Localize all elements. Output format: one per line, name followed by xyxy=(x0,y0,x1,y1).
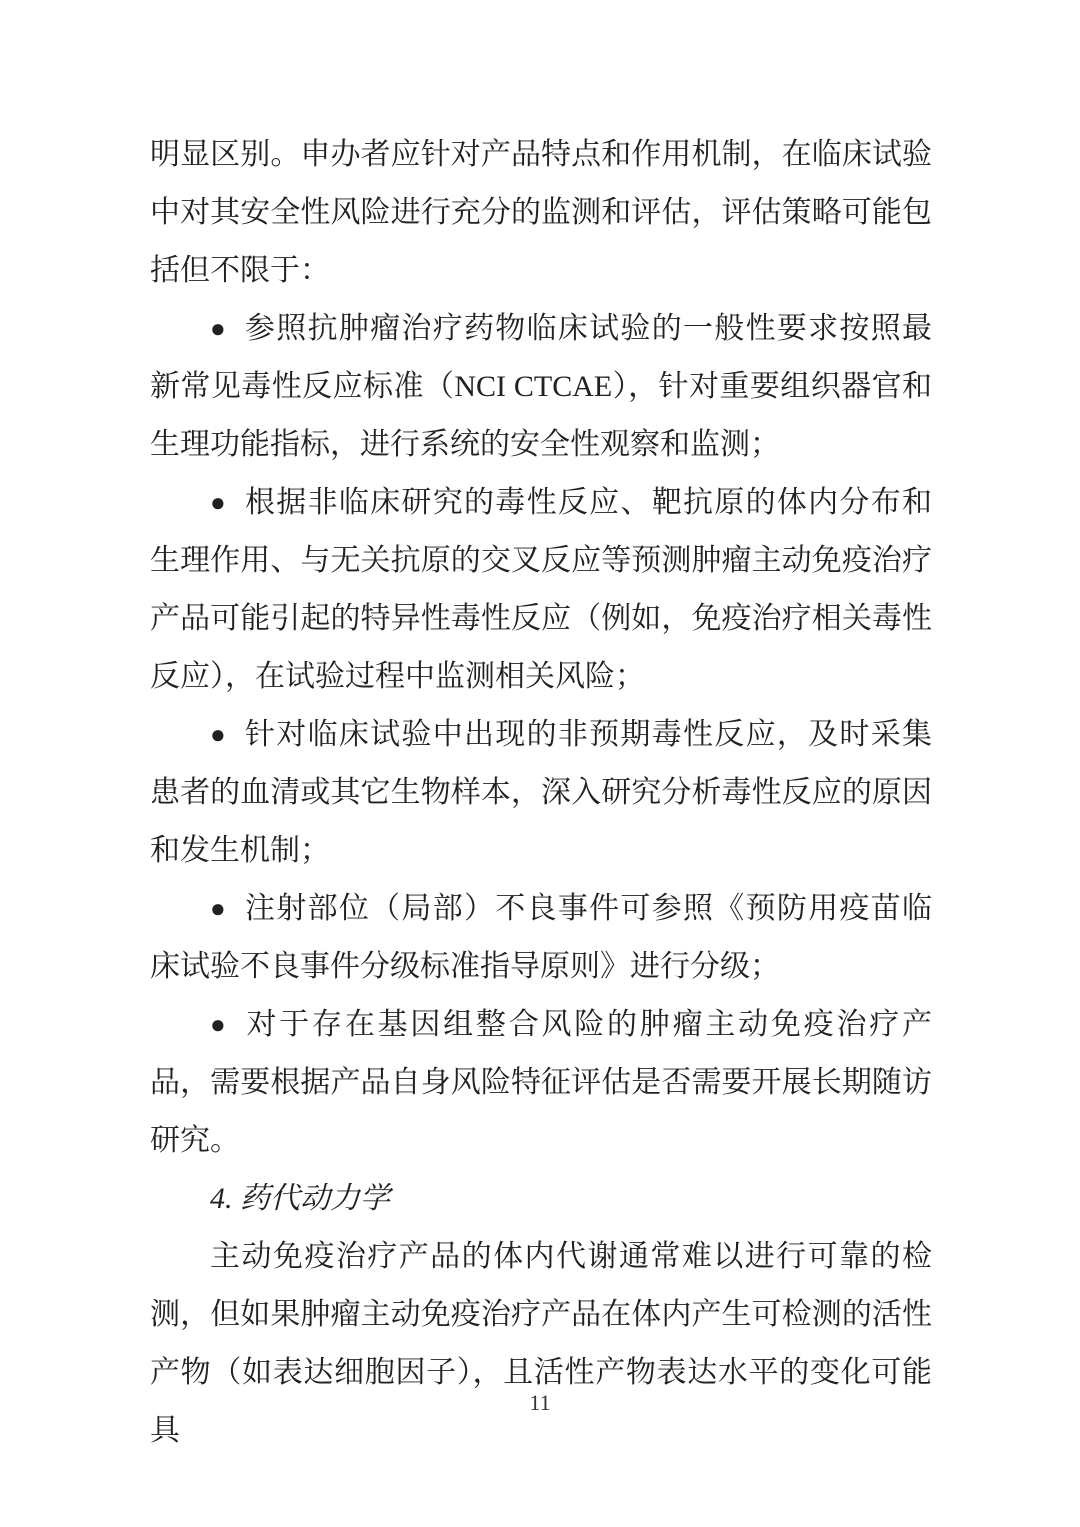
text-body: 明显区别。申办者应针对产品特点和作用机制，在临床试验中对其安全性风险进行充分的监… xyxy=(150,126,932,1460)
bullet-item: ●根据非临床研究的毒性反应、靶抗原的体内分布和生理作用、与无关抗原的交叉反应等预… xyxy=(150,474,932,706)
bullet-icon: ● xyxy=(210,474,226,532)
paragraph-text: 明显区别。申办者应针对产品特点和作用机制，在临床试验中对其安全性风险进行充分的监… xyxy=(150,138,932,287)
section-heading-text: 4. 药代动力学 xyxy=(210,1182,390,1215)
bullet-icon: ● xyxy=(210,880,226,938)
bullet-item: ●参照抗肿瘤治疗药物临床试验的一般性要求按照最新常见毒性反应标准（NCI CTC… xyxy=(150,300,932,474)
document-page: 明显区别。申办者应针对产品特点和作用机制，在临床试验中对其安全性风险进行充分的监… xyxy=(0,0,1080,1527)
bullet-text: 根据非临床研究的毒性反应、靶抗原的体内分布和生理作用、与无关抗原的交叉反应等预测… xyxy=(150,486,932,693)
bullet-icon: ● xyxy=(210,706,226,764)
page-number: 11 xyxy=(0,1388,1080,1418)
paragraph: 主动免疫治疗产品的体内代谢通常难以进行可靠的检测，但如果肿瘤主动免疫治疗产品在体… xyxy=(150,1228,932,1460)
bullet-text: 对于存在基因组整合风险的肿瘤主动免疫治疗产品，需要根据产品自身风险特征评估是否需… xyxy=(150,1008,932,1157)
bullet-text: 针对临床试验中出现的非预期毒性反应，及时采集患者的血清或其它生物样本，深入研究分… xyxy=(150,718,932,867)
paragraph-continuation: 明显区别。申办者应针对产品特点和作用机制，在临床试验中对其安全性风险进行充分的监… xyxy=(150,126,932,300)
bullet-text: 参照抗肿瘤治疗药物临床试验的一般性要求按照最新常见毒性反应标准（NCI CTCA… xyxy=(150,312,932,461)
bullet-icon: ● xyxy=(210,996,226,1054)
bullet-text: 注射部位（局部）不良事件可参照《预防用疫苗临床试验不良事件分级标准指导原则》进行… xyxy=(150,892,932,983)
bullet-item: ●针对临床试验中出现的非预期毒性反应，及时采集患者的血清或其它生物样本，深入研究… xyxy=(150,706,932,880)
section-heading: 4. 药代动力学 xyxy=(150,1170,932,1228)
bullet-item: ●对于存在基因组整合风险的肿瘤主动免疫治疗产品，需要根据产品自身风险特征评估是否… xyxy=(150,996,932,1170)
bullet-item: ●注射部位（局部）不良事件可参照《预防用疫苗临床试验不良事件分级标准指导原则》进… xyxy=(150,880,932,996)
bullet-icon: ● xyxy=(210,300,226,358)
